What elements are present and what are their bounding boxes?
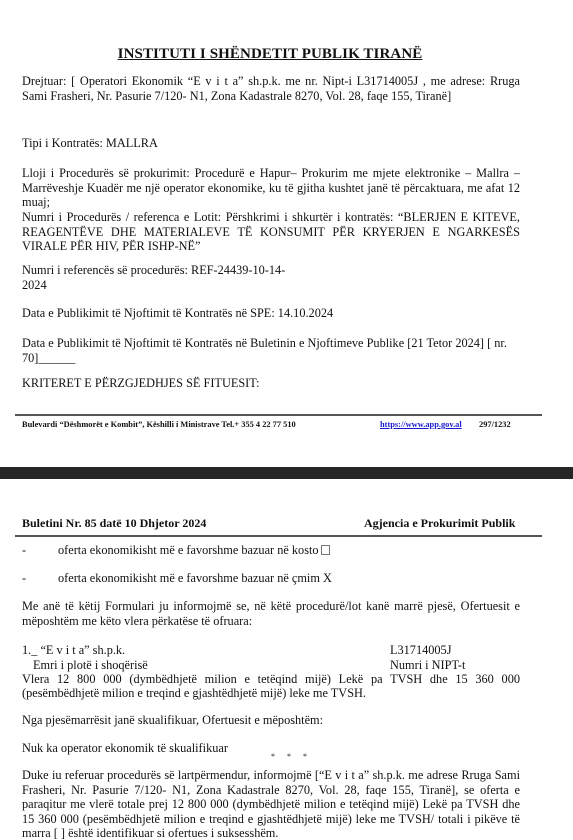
addressed-to: Drejtuar: [ Operatori Ekonomik “E v i t … [22, 74, 520, 103]
spe-publication-date: Data e Publikimit të Njoftimit të Kontra… [22, 306, 520, 321]
bidder-entry: 1._ “E v i t a” sh.p.k. L31714005J Emri … [22, 643, 520, 701]
criteria-option-label: oferta ekonomikisht më e favorshme bazua… [58, 571, 332, 586]
winner-conclusion: Duke iu referuar procedurës së lartpërme… [22, 768, 520, 840]
section-separator: * * * [0, 752, 573, 761]
procedure-type: Lloji i Procedurës së prokurimit: Proced… [22, 166, 520, 210]
contract-type: Tipi i Kontratës: MALLRA [22, 136, 520, 151]
bullet-dash: - [22, 543, 26, 558]
bulletin-date-line-1: Data e Publikimit të Njoftimit të Kontra… [22, 336, 520, 351]
page-separator [0, 467, 573, 479]
page-footer: Bulevardi “Dëshmorët e Kombit”, Këshilli… [22, 420, 522, 429]
footer-website-link[interactable]: https://www.app.gov.al [380, 420, 462, 429]
bulletin-number: Buletini Nr. 85 datë 10 Dhjetor 2024 [22, 516, 206, 530]
footer-divider [15, 414, 542, 416]
bidder-name: 1._ “E v i t a” sh.p.k. [22, 643, 125, 657]
procedure-number: Numri i Procedurës / referenca e Lotit: … [22, 210, 520, 254]
agency-name: Agjencia e Prokurimit Publik [364, 516, 515, 531]
page-number: 297/1232 [479, 420, 511, 429]
empty-checkbox-icon [321, 545, 330, 555]
reference-line-2: 2024 [22, 278, 520, 293]
footer-address: Bulevardi “Dëshmorët e Kombit”, Këshilli… [22, 420, 296, 429]
reference-number: Numri i referencës së procedurës: REF-24… [22, 263, 520, 292]
bidder-nipt: L31714005J [390, 643, 452, 658]
bidder-name-label: Emri i plotë i shoqërisë [33, 658, 148, 672]
bidder-value: Vlera 12 800 000 (dymbëdhjetë milion e t… [22, 672, 520, 701]
header-divider [15, 535, 542, 537]
bullet-dash: - [22, 571, 26, 586]
participants-intro: Me anë të këtij Formulari ju informojmë … [22, 599, 520, 628]
criteria-heading: KRITERET E PËRZGJEDHJES SË FITUESIT: [22, 376, 520, 391]
page-header: Buletini Nr. 85 datë 10 Dhjetor 2024 Agj… [22, 516, 520, 531]
bulletin-publication-date: Data e Publikimit të Njoftimit të Kontra… [22, 336, 520, 365]
bidder-nipt-label: Numri i NIPT-t [390, 658, 465, 673]
reference-line-1: Numri i referencës së procedurës: REF-24… [22, 263, 520, 278]
disqualified-heading: Nga pjesëmarrësit janë skualifikuar, Ofe… [22, 713, 520, 728]
criteria-option-label: oferta ekonomikisht më e favorshme bazua… [58, 543, 319, 557]
institution-title: INSTITUTI I SHËNDETIT PUBLIK TIRANË [0, 46, 540, 63]
bulletin-date-line-2: 70]______ [22, 351, 520, 366]
